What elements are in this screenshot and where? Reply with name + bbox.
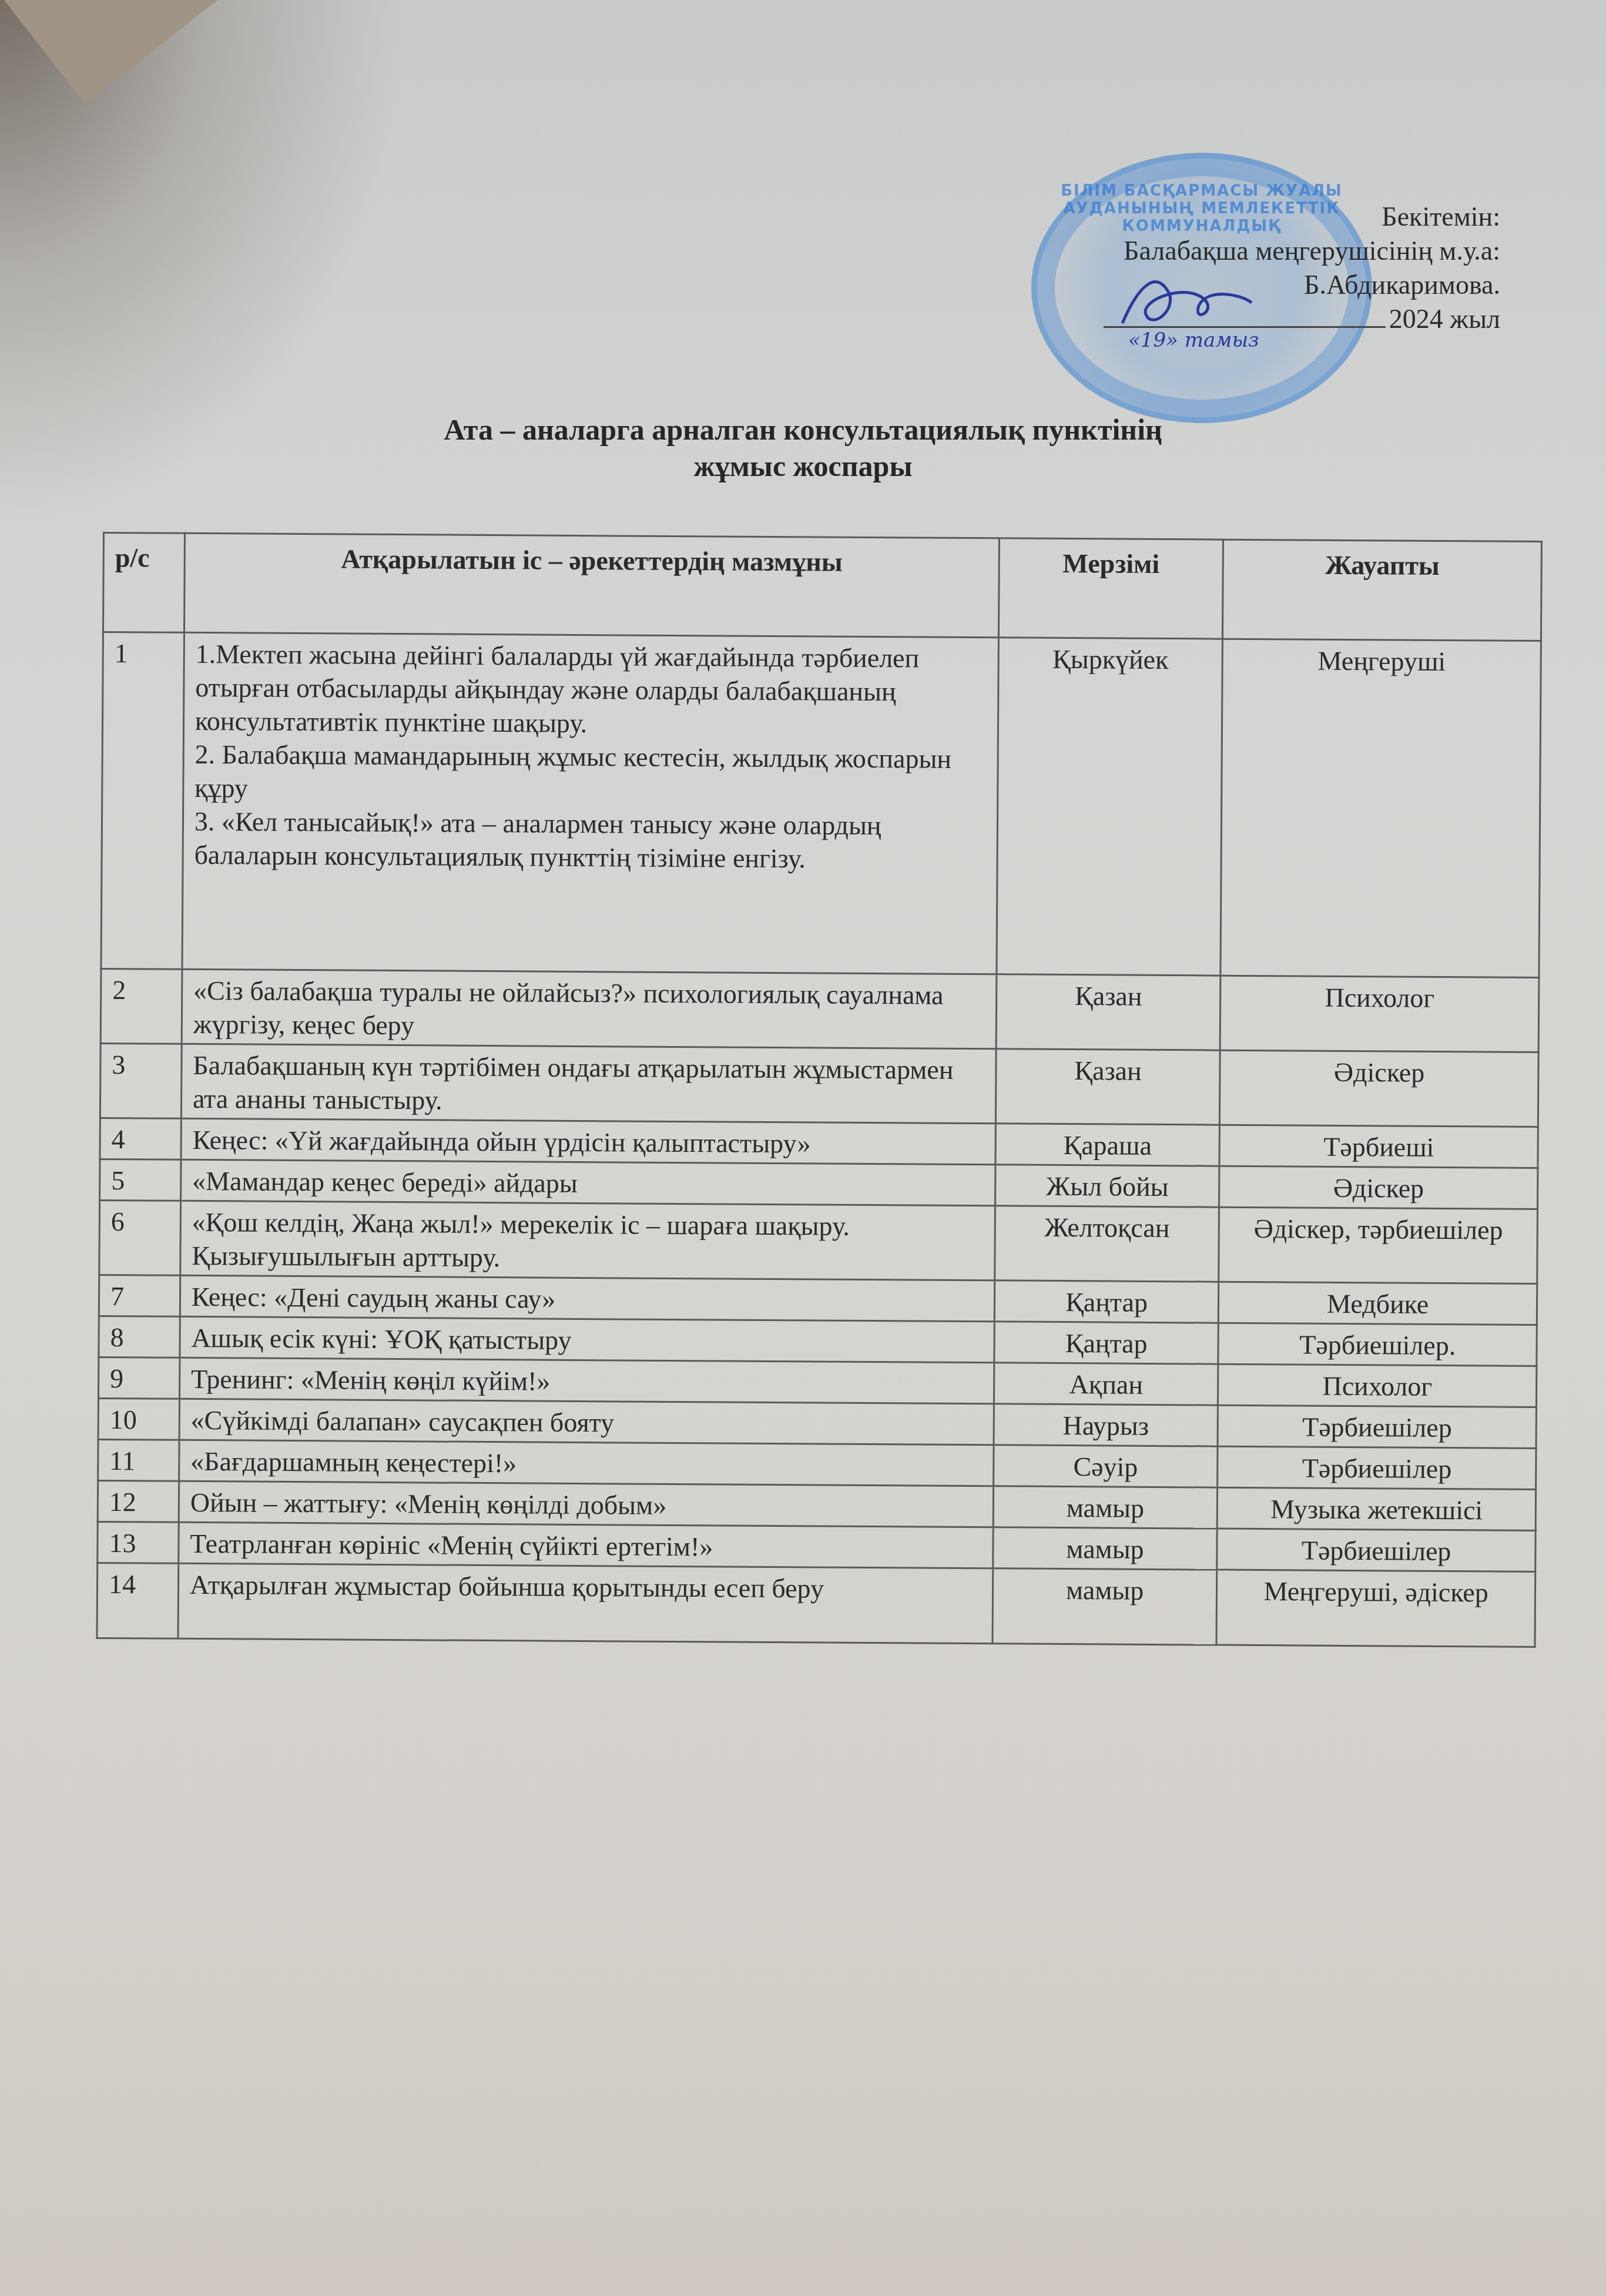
content-paragraph: «Қош келдің, Жаңа жыл!» мерекелік іс – ш… <box>192 1205 984 1277</box>
table-row: 3Балабақшаның күн тәртібімен ондағы атқа… <box>100 1043 1538 1127</box>
row-content: Тренинг: «Менің көңіл күйім!» <box>179 1358 994 1403</box>
row-term: Жыл бойы <box>995 1165 1219 1207</box>
document-title: Ата – аналарга арналган консультациялық … <box>0 411 1606 484</box>
row-responsible: Медбике <box>1219 1282 1537 1325</box>
row-number: 7 <box>99 1275 180 1316</box>
content-paragraph: «Мамандар кеңес береді» айдары <box>192 1164 984 1202</box>
row-responsible: Тәрбиешілер <box>1218 1446 1536 1489</box>
row-responsible: Әдіскер <box>1219 1166 1538 1209</box>
header-num: р/с <box>103 533 185 633</box>
row-term: Қаңтар <box>994 1281 1219 1323</box>
row-content: Ашық есік күні: ҰОҚ қатыстыру <box>180 1316 994 1362</box>
date-blank <box>1104 326 1386 328</box>
row-content: Атқарылған жұмыстар бойынша қорытынды ес… <box>178 1563 993 1643</box>
row-term: мамыр <box>993 1527 1218 1570</box>
row-number: 4 <box>100 1118 181 1159</box>
title-line-1: Ата – аналарга арналган консультациялық … <box>0 411 1606 448</box>
content-paragraph: «Бағдаршамның кеңестері!» <box>190 1444 982 1483</box>
row-term: Наурыз <box>994 1404 1218 1446</box>
row-content: Балабақшаның күн тәртібімен ондағы атқар… <box>181 1044 996 1123</box>
table-row: 11.Мектеп жасына дейінгі балаларды үй жа… <box>101 632 1541 978</box>
row-responsible: Музыка жетекшісі <box>1218 1487 1536 1530</box>
table-row: 6«Қош келдің, Жаңа жыл!» мерекелік іс – … <box>99 1200 1538 1283</box>
row-responsible: Тәрбиешілер <box>1217 1529 1535 1571</box>
row-responsible: Тәрбиешілер. <box>1218 1323 1537 1366</box>
row-number: 5 <box>100 1159 181 1201</box>
row-term: Қараша <box>995 1124 1220 1166</box>
row-term: Желтоқсан <box>994 1206 1219 1282</box>
row-term: Қазан <box>995 1049 1220 1125</box>
approved-label: Бекітемін: <box>971 200 1500 234</box>
table-header-row: р/с Атқарылатын іс – әрекеттердің мазмұн… <box>103 533 1541 641</box>
row-responsible: Әдіскер, тәрбиешілер <box>1219 1207 1537 1283</box>
content-paragraph: Ойын – жаттығу: «Менің көңілді добым» <box>190 1486 982 1524</box>
content-paragraph: Тренинг: «Менің көңіл күйім!» <box>191 1362 983 1400</box>
row-responsible: Тәрбиеші <box>1219 1125 1538 1168</box>
row-number: 2 <box>100 968 182 1044</box>
content-paragraph: «Сіз балабақша туралы не ойлайсыз?» псих… <box>193 974 985 1045</box>
row-content: Кеңес: «Дені саудың жаны сау» <box>180 1275 994 1321</box>
row-content: Кеңес: «Үй жағдайында ойын үрдісін қалып… <box>181 1118 995 1164</box>
folded-corner <box>0 0 280 103</box>
paper-sheet: БІЛІМ БАСҚАРМАСЫ ЖУАЛЫ АУДАНЫНЫҢ МЕМЛЕКЕ… <box>0 0 1606 2296</box>
content-paragraph: 3. «Кел танысайық!» ата – аналармен таны… <box>194 805 986 876</box>
row-number: 12 <box>98 1480 179 1522</box>
row-responsible: Тәрбиешілер <box>1218 1405 1536 1448</box>
table-body: 11.Мектеп жасына дейінгі балаларды үй жа… <box>97 632 1541 1647</box>
row-number: 6 <box>99 1200 181 1275</box>
row-responsible: Психолог <box>1221 976 1539 1052</box>
row-term: мамыр <box>993 1568 1217 1645</box>
content-paragraph: 2. Балабақша мамандарының жұмыс кестесін… <box>195 738 987 809</box>
row-number: 10 <box>98 1398 179 1440</box>
row-responsible: Психолог <box>1218 1364 1537 1407</box>
header-term: Мерзімі <box>998 538 1223 639</box>
row-term: мамыр <box>993 1486 1218 1529</box>
row-content: «Қош келдің, Жаңа жыл!» мерекелік іс – ш… <box>180 1201 995 1280</box>
content-paragraph: Кеңес: «Дені саудың жаны сау» <box>192 1280 983 1318</box>
header-responsible: Жауапты <box>1223 539 1542 641</box>
row-number: 13 <box>98 1521 179 1563</box>
row-term: Сәуір <box>993 1445 1218 1487</box>
content-paragraph: 1.Мектеп жасына дейінгі балаларды үй жағ… <box>195 637 987 742</box>
row-number: 1 <box>101 632 184 970</box>
content-paragraph: Театрланған көрініс «Менің сүйікті ертег… <box>190 1527 981 1565</box>
row-content: «Бағдаршамның кеңестері!» <box>179 1440 994 1486</box>
row-content: Ойын – жаттығу: «Менің көңілді добым» <box>179 1481 993 1527</box>
content-paragraph: Балабақшаның күн тәртібімен ондағы атқар… <box>193 1048 985 1120</box>
content-paragraph: Атқарылған жұмыстар бойынша қорытынды ес… <box>190 1568 981 1606</box>
row-content: «Мамандар кеңес береді» айдары <box>180 1159 995 1205</box>
table-row: 2«Сіз балабақша туралы не ойлайсыз?» пси… <box>100 968 1539 1052</box>
row-number: 8 <box>99 1316 180 1358</box>
content-paragraph: Ашық есік күні: ҰОҚ қатыстыру <box>191 1321 983 1359</box>
row-responsible: Меңгеруші <box>1221 639 1541 977</box>
approver-position: Балабақша меңгерушісінің м.у.а: <box>971 234 1500 268</box>
header-content: Атқарылатын іс – әрекеттердің мазмұны <box>184 533 999 637</box>
title-line-2: жұмыс жоспары <box>0 448 1606 484</box>
table-row: 14Атқарылған жұмыстар бойынша қорытынды … <box>97 1563 1535 1647</box>
approval-year: 2024 жыл <box>1389 304 1500 334</box>
approver-name: Б.Абдикаримова. <box>971 268 1500 302</box>
row-content: «Сіз балабақша туралы не ойлайсыз?» псих… <box>182 969 997 1048</box>
row-number: 3 <box>100 1043 182 1118</box>
approval-block: Бекітемін: Балабақша меңгерушісінің м.у.… <box>971 200 1500 336</box>
row-number: 9 <box>98 1357 179 1399</box>
work-plan-table: р/с Атқарылатын іс – әрекеттердің мазмұн… <box>96 532 1542 1648</box>
row-responsible: Меңгеруші, әдіскер <box>1216 1570 1535 1647</box>
content-paragraph: Кеңес: «Үй жағдайында ойын үрдісін қалып… <box>192 1123 984 1161</box>
row-number: 11 <box>98 1439 179 1481</box>
row-responsible: Әдіскер <box>1220 1050 1538 1127</box>
row-content: «Сүйкімді балапан» саусақпен бояту <box>179 1399 994 1444</box>
row-term: Қыркүйек <box>997 638 1223 976</box>
row-number: 14 <box>97 1563 179 1638</box>
row-content: 1.Мектеп жасына дейінгі балаларды үй жағ… <box>182 632 998 974</box>
row-content: Театрланған көрініс «Менің сүйікті ертег… <box>179 1522 993 1568</box>
row-term: Ақпан <box>994 1363 1218 1405</box>
row-term: Қаңтар <box>994 1322 1219 1364</box>
content-paragraph: «Сүйкімді балапан» саусақпен бояту <box>190 1403 982 1442</box>
row-term: Қазан <box>996 974 1221 1050</box>
